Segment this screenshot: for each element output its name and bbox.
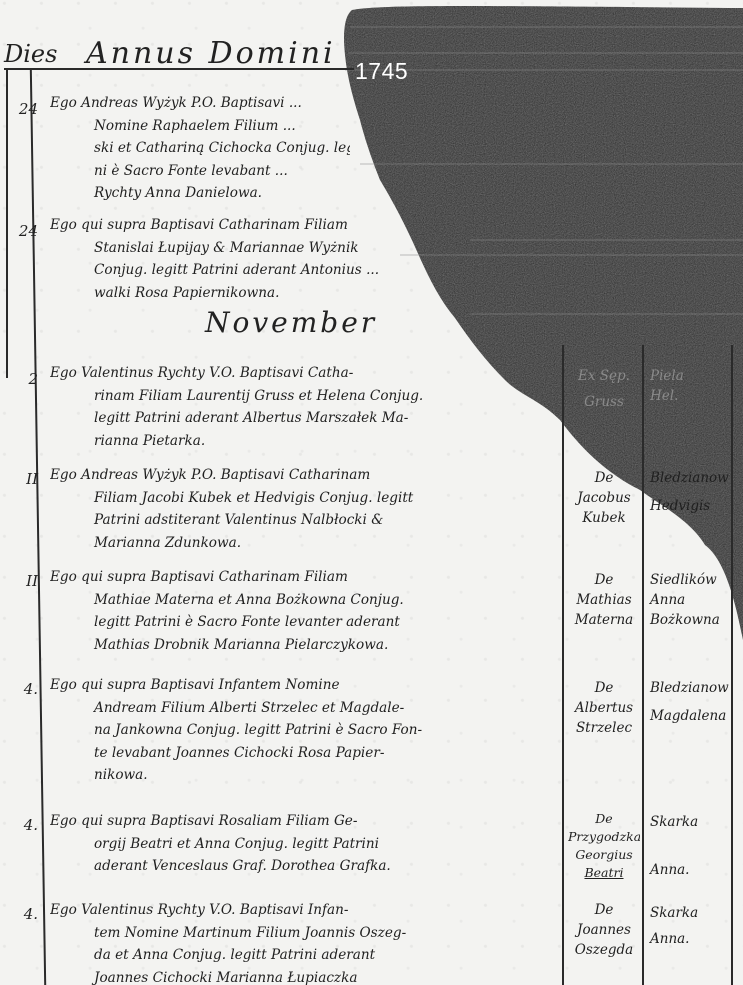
entry-line: Marianna Zdunkowa. [50,532,562,555]
parents-cell-line: De [568,810,640,828]
baptism-entry: Ego Valentinus Rychty V.O. Baptisavi Inf… [50,899,562,985]
parents-cell-line: Beatri [568,864,640,882]
entry-line: Ego Valentinus Rychty V.O. Baptisavi Inf… [50,899,562,922]
entry-day: 24 [0,222,38,240]
baptism-entry: Ego qui supra Baptisavi Infantem Nomine … [50,674,562,787]
baptism-entry: Ego qui supra Baptisavi Rosaliam Filiam … [50,810,562,878]
entry-line: Ego qui supra Baptisavi Catharinam Filia… [50,214,450,237]
parents-cell: De Jacobus Kubek [568,468,640,528]
entry-day: 2 [0,370,38,388]
entry-line: Ego qui supra Baptisavi Catharinam Filia… [50,566,562,589]
godparents-cell-line: Anna. [650,858,743,882]
parents-cell-line: Ex Sęp. [568,366,640,386]
entry-line: legitt Patrini aderant Albertus Marszałe… [50,407,555,430]
entry-line: Filiam Jacobi Kubek et Hedvigis Conjug. … [50,487,562,510]
godparents-cell-line: Bożkowna [650,610,743,630]
parents-column-line [562,345,564,985]
godparents-cell-line: Siedlików [650,570,743,590]
register-page: Dies Annus Domini 1745 24 Ego Andreas Wy… [0,0,743,985]
entry-line: walki Rosa Papiernikowna. [50,282,450,305]
godparents-cell-line: Anna [650,590,743,610]
parents-cell: De Joannes Oszegda [568,900,640,960]
parents-cell: De Albertus Strzelec [568,678,640,738]
entry-line: Ego Andreas Wyżyk P.O. Baptisavi ... [50,92,350,115]
baptism-entry: Ego Andreas Wyżyk P.O. Baptisavi Cathari… [50,464,562,554]
godparents-cell-line: Anna. [650,926,743,952]
entry-day: 4. [0,905,38,923]
parents-cell: De Mathias Materna [568,570,640,630]
entry-line: Rychty Anna Danielowa. [50,182,350,205]
entry-line: Ego Valentinus Rychty V.O. Baptisavi Cat… [50,362,555,385]
entry-line: Ego qui supra Baptisavi Rosaliam Filiam … [50,810,562,833]
entry-line: Andream Filium Alberti Strzelec et Magda… [50,697,562,720]
parents-cell-line: Albertus [568,698,640,718]
entry-line: Ego Andreas Wyżyk P.O. Baptisavi Cathari… [50,464,562,487]
godparents-cell: Skarka Anna. [646,810,743,882]
entry-day: II [0,470,38,488]
entry-day: 4. [0,680,38,698]
entry-line: ski et Cathariną Cichocka Conjug. legitt… [50,137,350,160]
entry-line: Conjug. legitt Patrini aderant Antonius … [50,259,450,282]
godparents-cell-line [650,834,743,858]
parents-cell-line: Oszegda [568,940,640,960]
entry-line: legitt Patrini è Sacro Fonte levanter ad… [50,611,562,634]
entry-line: Mathiae Materna et Anna Bożkowna Conjug. [50,589,562,612]
parents-cell-line: Georgius [568,846,640,864]
right-edge-column-line [731,345,733,985]
parents-cell-line: Mathias [568,590,640,610]
entry-line: nikowa. [50,764,562,787]
entry-line: orgij Beatri et Anna Conjug. legitt Patr… [50,833,562,856]
godparents-column-line [642,345,644,985]
godparents-cell-line: Hedvigis [650,496,743,516]
baptism-entry: Ego Valentinus Rychty V.O. Baptisavi Cat… [50,362,555,452]
entry-day: II [0,572,38,590]
godparents-cell: Bledzianow Magdalena [646,678,743,726]
godparents-cell-line: Magdalena [650,706,743,726]
godparents-cell: Bledzianow Hedvigis [646,468,743,516]
godparents-cell: Skarka Anna. [646,900,743,952]
entry-line: Joannes Cichocki Marianna Łupiaczka [50,967,562,985]
parents-cell-line: Gruss [568,392,640,412]
parents-cell-line: Przygodzka [568,828,640,846]
header-annus-domini: Annus Domini [86,36,336,71]
parents-cell-line: Kubek [568,508,640,528]
parents-cell-line: Strzelec [568,718,640,738]
entry-day: 24 [0,100,38,118]
entry-line: Patrini adstiterant Valentinus Nalbłocki… [50,509,562,532]
godparents-cell-line: Bledzianow [650,468,743,488]
entry-line: na Jankowna Conjug. legitt Patrini è Sac… [50,719,562,742]
godparents-cell-line: Skarka [650,810,743,834]
baptism-entry: Ego qui supra Baptisavi Catharinam Filia… [50,566,562,656]
entry-line: ni è Sacro Fonte levabant ... [50,160,350,183]
baptism-entry: Ego Andreas Wyżyk P.O. Baptisavi ... Nom… [50,92,350,205]
parents-cell-line: De [568,678,640,698]
entry-line: rianna Pietarka. [50,430,555,453]
godparents-cell-line: Piela [650,366,743,386]
entry-line: Nomine Raphaelem Filium ... [50,115,350,138]
parents-cell: De Przygodzka Georgius Beatri [568,810,640,882]
entry-line: te levabant Joannes Cichocki Rosa Papier… [50,742,562,765]
parents-cell-line: Materna [568,610,640,630]
parents-cell-line: Joannes [568,920,640,940]
header-dies: Dies [4,40,57,68]
parents-cell-line: Jacobus [568,488,640,508]
entry-day: 4. [0,816,38,834]
baptism-entry: Ego qui supra Baptisavi Catharinam Filia… [50,214,450,304]
godparents-cell-line: Hel. [650,386,743,406]
entry-line: tem Nomine Martinum Filium Joannis Oszeg… [50,922,562,945]
godparents-cell-line: Bledzianow [650,678,743,698]
godparents-cell: Piela Hel. [646,366,743,406]
entry-line: Mathias Drobnik Marianna Pielarczykowa. [50,634,562,657]
entry-line: Stanislai Łupijay & Mariannae Wyżnik [50,237,450,260]
godparents-cell-line: Skarka [650,900,743,926]
godparents-cell: Siedlików Anna Bożkowna [646,570,743,630]
parents-cell-line: De [568,570,640,590]
parents-cell-line: De [568,468,640,488]
month-heading: November [205,306,377,339]
year-overlay-label: 1745 [355,58,408,85]
entry-line: rinam Filiam Laurentij Gruss et Helena C… [50,385,555,408]
entry-line: Ego qui supra Baptisavi Infantem Nomine [50,674,562,697]
parents-cell: Ex Sęp. Gruss [568,366,640,412]
entry-line: aderant Venceslaus Graf. Dorothea Grafka… [50,855,562,878]
parents-cell-line: De [568,900,640,920]
entry-line: da et Anna Conjug. legitt Patrini aderan… [50,944,562,967]
